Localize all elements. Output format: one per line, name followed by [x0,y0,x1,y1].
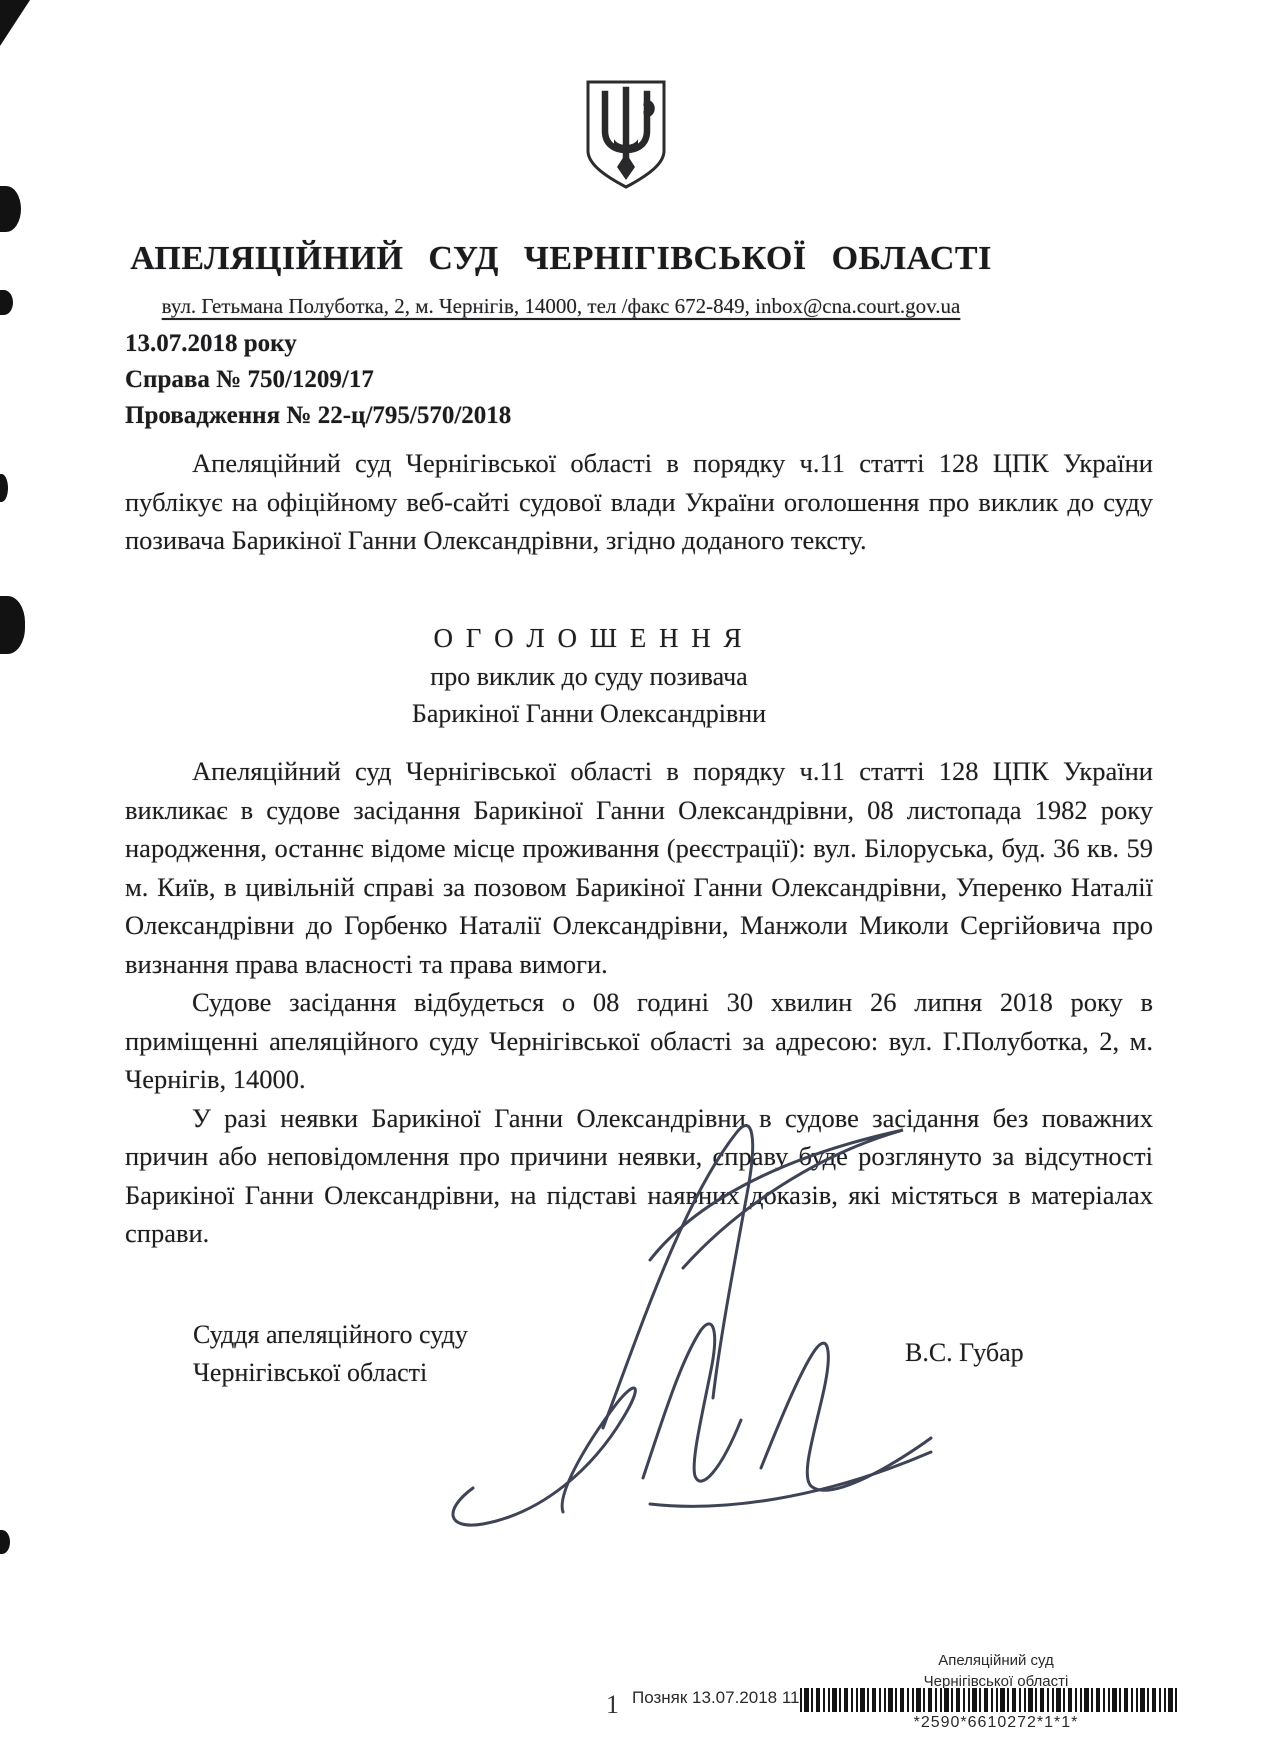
intro-paragraph-text: Апеляційний суд Чернігівської області в … [125,444,1153,560]
scan-artifact-corner [0,0,30,46]
scanned-court-document-page: АПЕЛЯЦІЙНИЙ СУД ЧЕРНІГІВСЬКОЇ ОБЛАСТІ ву… [0,0,1275,1750]
body-paragraph-1: Апеляційний суд Чернігівської області в … [125,752,1153,983]
body-paragraph-2: Судове засідання відбудеться о 08 годині… [125,983,1153,1099]
scan-artifact [0,290,13,315]
intro-paragraph: Апеляційний суд Чернігівської області в … [125,444,1153,560]
document-date: 13.07.2018 року [125,326,825,362]
court-address-line: вул. Гетьмана Полуботка, 2, м. Чернігів,… [122,294,1000,319]
scan-artifact [0,186,21,232]
announcement-title: О Г О Л О Ш Е Н Н Я [125,620,1053,658]
reference-block: 13.07.2018 року Справа № 750/1209/17 Про… [125,326,825,434]
ukraine-trident-emblem-icon [584,78,668,192]
announcement-subtitle-1: про виклик до суду позивача [125,658,1053,696]
announcement-heading: О Г О Л О Ш Е Н Н Я про виклик до суду п… [125,620,1053,733]
barcode [800,1688,1178,1712]
handwritten-signature [425,1110,955,1540]
footer-court-stamp: Апеляційний суд Чернігівської області [846,1650,1146,1692]
scan-artifact [0,474,8,502]
announcement-subtitle-2: Барикіної Ганни Олександрівни [125,695,1053,733]
page-number: 1 [606,1690,619,1720]
court-name-title: АПЕЛЯЦІЙНИЙ СУД ЧЕРНІГІВСЬКОЇ ОБЛАСТІ [122,240,1000,278]
proceeding-number: Провадження № 22-ц/795/570/2018 [125,398,825,434]
footer-stamp-line-1: Апеляційний суд [846,1650,1146,1671]
barcode-caption: *2590*6610272*1*1* [846,1714,1146,1732]
case-number: Справа № 750/1209/17 [125,362,825,398]
scan-artifact [0,1530,10,1554]
scan-artifact [0,596,25,654]
